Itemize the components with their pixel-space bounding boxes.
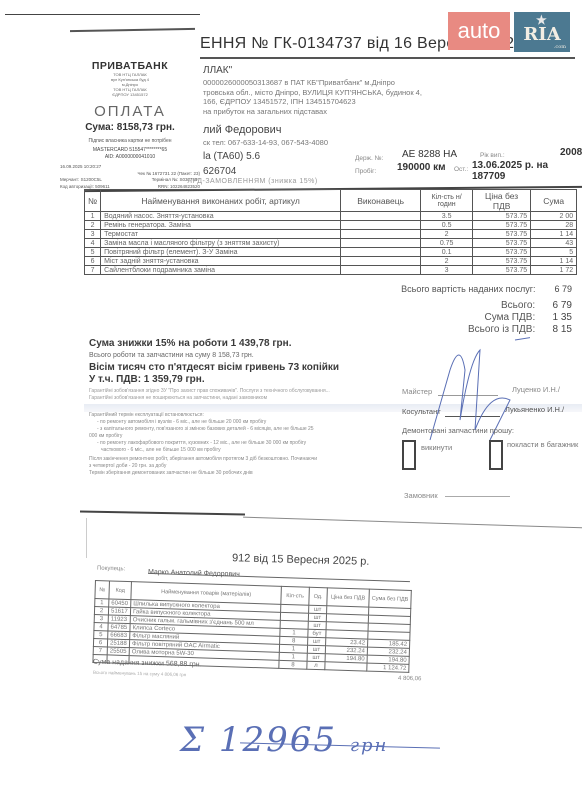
fineprint-line: Після закінчення ремонтних робіт, зберіг… — [89, 456, 317, 463]
inv-col-qty: Кіл-сть — [281, 586, 310, 605]
mileage-label: Пробіг: — [355, 168, 376, 175]
aid: AID: A0000000041010 — [60, 154, 200, 161]
summary-block: Сума знижки 15% на роботи 1 439,78 грн. … — [89, 338, 339, 386]
work-cell-n: 6 — [85, 257, 101, 266]
work-row: 5Повітряний фільтр (елемент). З-У Заміна… — [85, 248, 577, 257]
work-cell-qty: 2 — [421, 257, 473, 266]
inv-col-code: Код — [109, 581, 132, 600]
invoice-discount-line: Сума надання знижки 568,88 грн. — [93, 659, 202, 669]
discard-parts-checkbox[interactable] — [402, 440, 416, 470]
buyer-label: Покупець: — [97, 566, 125, 573]
work-cell-exec — [341, 266, 421, 275]
total-value: 6 79 — [538, 300, 572, 311]
inv-col-sum: Сума без ПДВ — [369, 589, 412, 608]
star-icon: ★ — [536, 13, 547, 27]
work-cell-qty: 3.5 — [421, 212, 473, 221]
col-header-num: № — [85, 190, 101, 212]
work-cell-price: 573.75 — [473, 212, 531, 221]
work-row: 2Ремінь генератора. Заміна0.5573.7528 — [85, 221, 577, 230]
total-row: Всього: 6 79 — [501, 300, 572, 311]
invoice-total: 4 806,06 — [398, 676, 422, 683]
fineprint-line: Термін зберігання демонтованих запчастин… — [89, 470, 317, 477]
ria-text: RIA — [523, 24, 560, 45]
inv-col-price: Ціна без ПДВ — [327, 588, 370, 607]
company-line: 166, ЄДРПОУ 13451572, ІПН 134515704623 — [203, 97, 422, 107]
work-row: 6Міст задній зняття-установка2573.751 14 — [85, 257, 577, 266]
company-name: ЛЛАК" — [203, 65, 232, 76]
fineprint-line: Гарантійний термін експлуатації встановл… — [89, 412, 314, 419]
last-service-label: Ост.: — [454, 166, 468, 173]
mileage-value: 190000 км — [397, 162, 446, 173]
amount-in-words: Вісім тисяч сто п'ятдесят вісім гривень … — [89, 362, 339, 374]
work-cell-sum: 1 14 — [531, 257, 577, 266]
work-cell-n: 1 — [85, 212, 101, 221]
work-cell-price: 573.75 — [473, 248, 531, 257]
discount-line: Сума знижки 15% на роботи 1 439,78 грн. — [89, 338, 339, 350]
company-details: 000002600005031368​7 в ПАТ КБ"Приватбанк… — [203, 78, 422, 116]
work-cell-n: 4 — [85, 239, 101, 248]
work-cell-name: Ремінь генератора. Заміна — [101, 221, 341, 230]
trunk-parts-label: покласти в багажник — [507, 440, 578, 449]
work-cell-n: 7 — [85, 266, 101, 275]
year-value: 2008 — [560, 147, 582, 158]
handwritten-amount: 12965 — [219, 720, 337, 760]
fineprint-line: Гарантійні зобов'язання згідно ЗУ "Про з… — [89, 388, 330, 395]
works-section-heading: ЯРД-ЗАМОВЛЕННЯМ (знижка 15%) — [187, 178, 318, 185]
company-line: на прибуток на загальних підставах — [203, 107, 422, 117]
merchant-line: ЄДРПОУ 13451572 — [60, 92, 200, 97]
vat-value: 1 35 — [538, 312, 572, 323]
fineprint-line: Гарантійні зобов'язання не поширюються н… — [89, 395, 330, 402]
invoice-small-line: Всього найменувань 15 на суму 4 806,06 г… — [93, 670, 186, 677]
inv-col-unit: Од. — [309, 587, 328, 606]
customer-signature-line — [445, 496, 510, 497]
work-row: 1Водяний насос. Зняття-установка3.5573.7… — [85, 212, 577, 221]
col-header-hours: Кіл-сть н/годин — [421, 190, 473, 212]
storage-block: Після закінчення ремонтних робіт, зберіг… — [89, 456, 317, 477]
work-cell-price: 573.75 — [473, 230, 531, 239]
work-cell-qty: 0.5 — [421, 221, 473, 230]
work-cell-n: 5 — [85, 248, 101, 257]
work-cell-exec — [341, 257, 421, 266]
col-header-price: Ціна без ПДВ — [473, 190, 531, 212]
handwritten-total: Σ 12965 грн — [180, 720, 388, 760]
scan-edge — [5, 14, 200, 15]
work-cell-sum: 1 72 — [531, 266, 577, 275]
trunk-parts-checkbox[interactable] — [489, 440, 503, 470]
fineprint-line: 000 км пробігу — [89, 433, 314, 440]
work-cell-name: Водяний насос. Зняття-установка — [101, 212, 341, 221]
fineprint-line: часткового - 6 міс., але не більше 15 00… — [89, 447, 314, 454]
customer-name: лий Федорович — [203, 124, 282, 136]
work-cell-name: Термостат — [101, 230, 341, 239]
work-cell-exec — [341, 248, 421, 257]
work-cell-name: Міст задній зняття-установка — [101, 257, 341, 266]
work-cell-n: 2 — [85, 221, 101, 230]
total-services-label: Всього вартість наданих послуг: — [401, 284, 535, 294]
fineprint-line: - по ремонту лакофарбового покриття, куз… — [89, 440, 314, 447]
work-cell-exec — [341, 221, 421, 230]
invoice-cell-sum: 1 124.72 — [367, 663, 409, 672]
customer-label: Замовник — [404, 491, 438, 500]
work-cell-qty: 0.75 — [421, 239, 473, 248]
receipt-title: ОПЛАТА — [60, 103, 200, 120]
car-model: la (TA60) 5.6 — [203, 151, 260, 162]
fineprint-line: - з капітального ремонту, пов'язаного зі… — [89, 426, 314, 433]
inv-col-num: № — [95, 581, 110, 599]
title-underline — [200, 57, 575, 59]
work-cell-name: Заміна масла і масляного фільтру (з знят… — [101, 239, 341, 248]
work-cell-qty: 0.1 — [421, 248, 473, 257]
invoice-cell-qty: 8 — [279, 660, 307, 669]
card-number: MASTERCARD 515547********65 — [60, 147, 200, 154]
parts-label: Демонтовані запчастини прошу: — [402, 426, 514, 435]
work-cell-exec — [341, 230, 421, 239]
work-cell-exec — [341, 212, 421, 221]
invoice-top-line — [148, 573, 410, 582]
customer-contact: ск тел: 067-633-14-93, 067-543-4080 — [203, 138, 328, 147]
work-cell-price: 573.75 — [473, 257, 531, 266]
col-header-executor: Виконавець — [341, 190, 421, 212]
works-table: № Найменування виконаних робіт, артикул … — [84, 189, 577, 275]
total-vat-value: 8 15 — [538, 324, 572, 335]
all-total-line: Всього роботи та запчастини на суму 8 15… — [89, 350, 339, 362]
discard-parts-label: викинути — [421, 443, 452, 452]
work-cell-sum: 2 00 — [531, 212, 577, 221]
work-cell-price: 573.75 — [473, 266, 531, 275]
work-cell-qty: 3 — [421, 266, 473, 275]
work-cell-qty: 2 — [421, 230, 473, 239]
sigma-icon: Σ — [180, 720, 206, 760]
plate-number: AE 8288 HA — [402, 149, 457, 160]
bank-name: ПРИВАТБАНК — [60, 60, 200, 72]
work-row: 4Заміна масла і масляного фільтру (з зня… — [85, 239, 577, 248]
autoria-logo-ria: ★ RIA .com — [514, 12, 570, 52]
last-service-value: 13.06.2025 р. на 187709 — [472, 160, 582, 182]
fineprint-line: - по ремонту автомобіля і вузлів - 6 міс… — [89, 419, 314, 426]
plate-label: Держ. №: — [355, 155, 383, 162]
work-cell-n: 3 — [85, 230, 101, 239]
scan-edge — [70, 28, 195, 32]
autoria-logo-auto: auto — [448, 12, 510, 50]
work-cell-sum: 5 — [531, 248, 577, 257]
work-cell-sum: 43 — [531, 239, 577, 248]
invoice-cell-price — [325, 662, 367, 671]
col-header-name: Найменування виконаних робіт, артикул — [101, 190, 341, 212]
sheet-edge — [243, 517, 582, 529]
sheet-edge — [86, 518, 87, 558]
work-cell-exec — [341, 239, 421, 248]
fineprint-line: з четвертої доби - 20 грн. за добу — [89, 463, 317, 470]
com-text: .com — [554, 44, 566, 50]
signature-note: Підпис власника картки не потрібен — [60, 138, 200, 144]
vat-label: Сума ПДВ: — [484, 312, 535, 323]
sheet-edge — [80, 511, 245, 516]
total-services-row: Всього вартість наданих послуг: 6 79 — [401, 284, 572, 294]
work-cell-price: 573.75 — [473, 221, 531, 230]
payment-receipt: ПРИВАТБАНК ТОВ НТЦ ГАЛЛАК вул Куп'янська… — [60, 40, 200, 200]
receipt-amount: Сума: 8158,73 грн. — [60, 122, 200, 133]
work-cell-name: Повітряний фільтр (елемент). З-У Заміна — [101, 248, 341, 257]
col-header-sum: Сума — [531, 190, 577, 212]
year-label: Рік вип.: — [480, 152, 505, 159]
company-line: 000002600005031368​7 в ПАТ КБ"Приватбанк… — [203, 78, 422, 88]
vin-fragment: 626704 — [203, 166, 236, 177]
guarantee-block-1: Гарантійні зобов'язання згідно ЗУ "Про з… — [89, 388, 330, 402]
work-cell-sum: 1 14 — [531, 230, 577, 239]
work-row: 3Термостат2573.751 14 — [85, 230, 577, 239]
company-line: тровська обл., місто Дніпро, ВУЛИЦЯ КУП'… — [203, 88, 422, 98]
work-cell-name: Сайлентблоки подрамника заміна — [101, 266, 341, 275]
work-row: 7Сайлентблоки подрамника заміна3573.751 … — [85, 266, 577, 275]
total-services-value: 6 79 — [538, 284, 572, 294]
work-cell-price: 573.75 — [473, 239, 531, 248]
invoice-title: 912 від 15 Вересня 2025 р. — [232, 552, 370, 568]
guarantee-block-2: Гарантійний термін експлуатації встановл… — [89, 412, 314, 454]
invoice-cell-unit: л — [307, 661, 325, 670]
vat-row: Сума ПДВ: 1 35 — [484, 312, 572, 323]
work-cell-sum: 28 — [531, 221, 577, 230]
total-label: Всього: — [501, 300, 535, 311]
vat-included-line: У т.ч. ПДВ: 1 359,79 грн. — [89, 374, 339, 386]
